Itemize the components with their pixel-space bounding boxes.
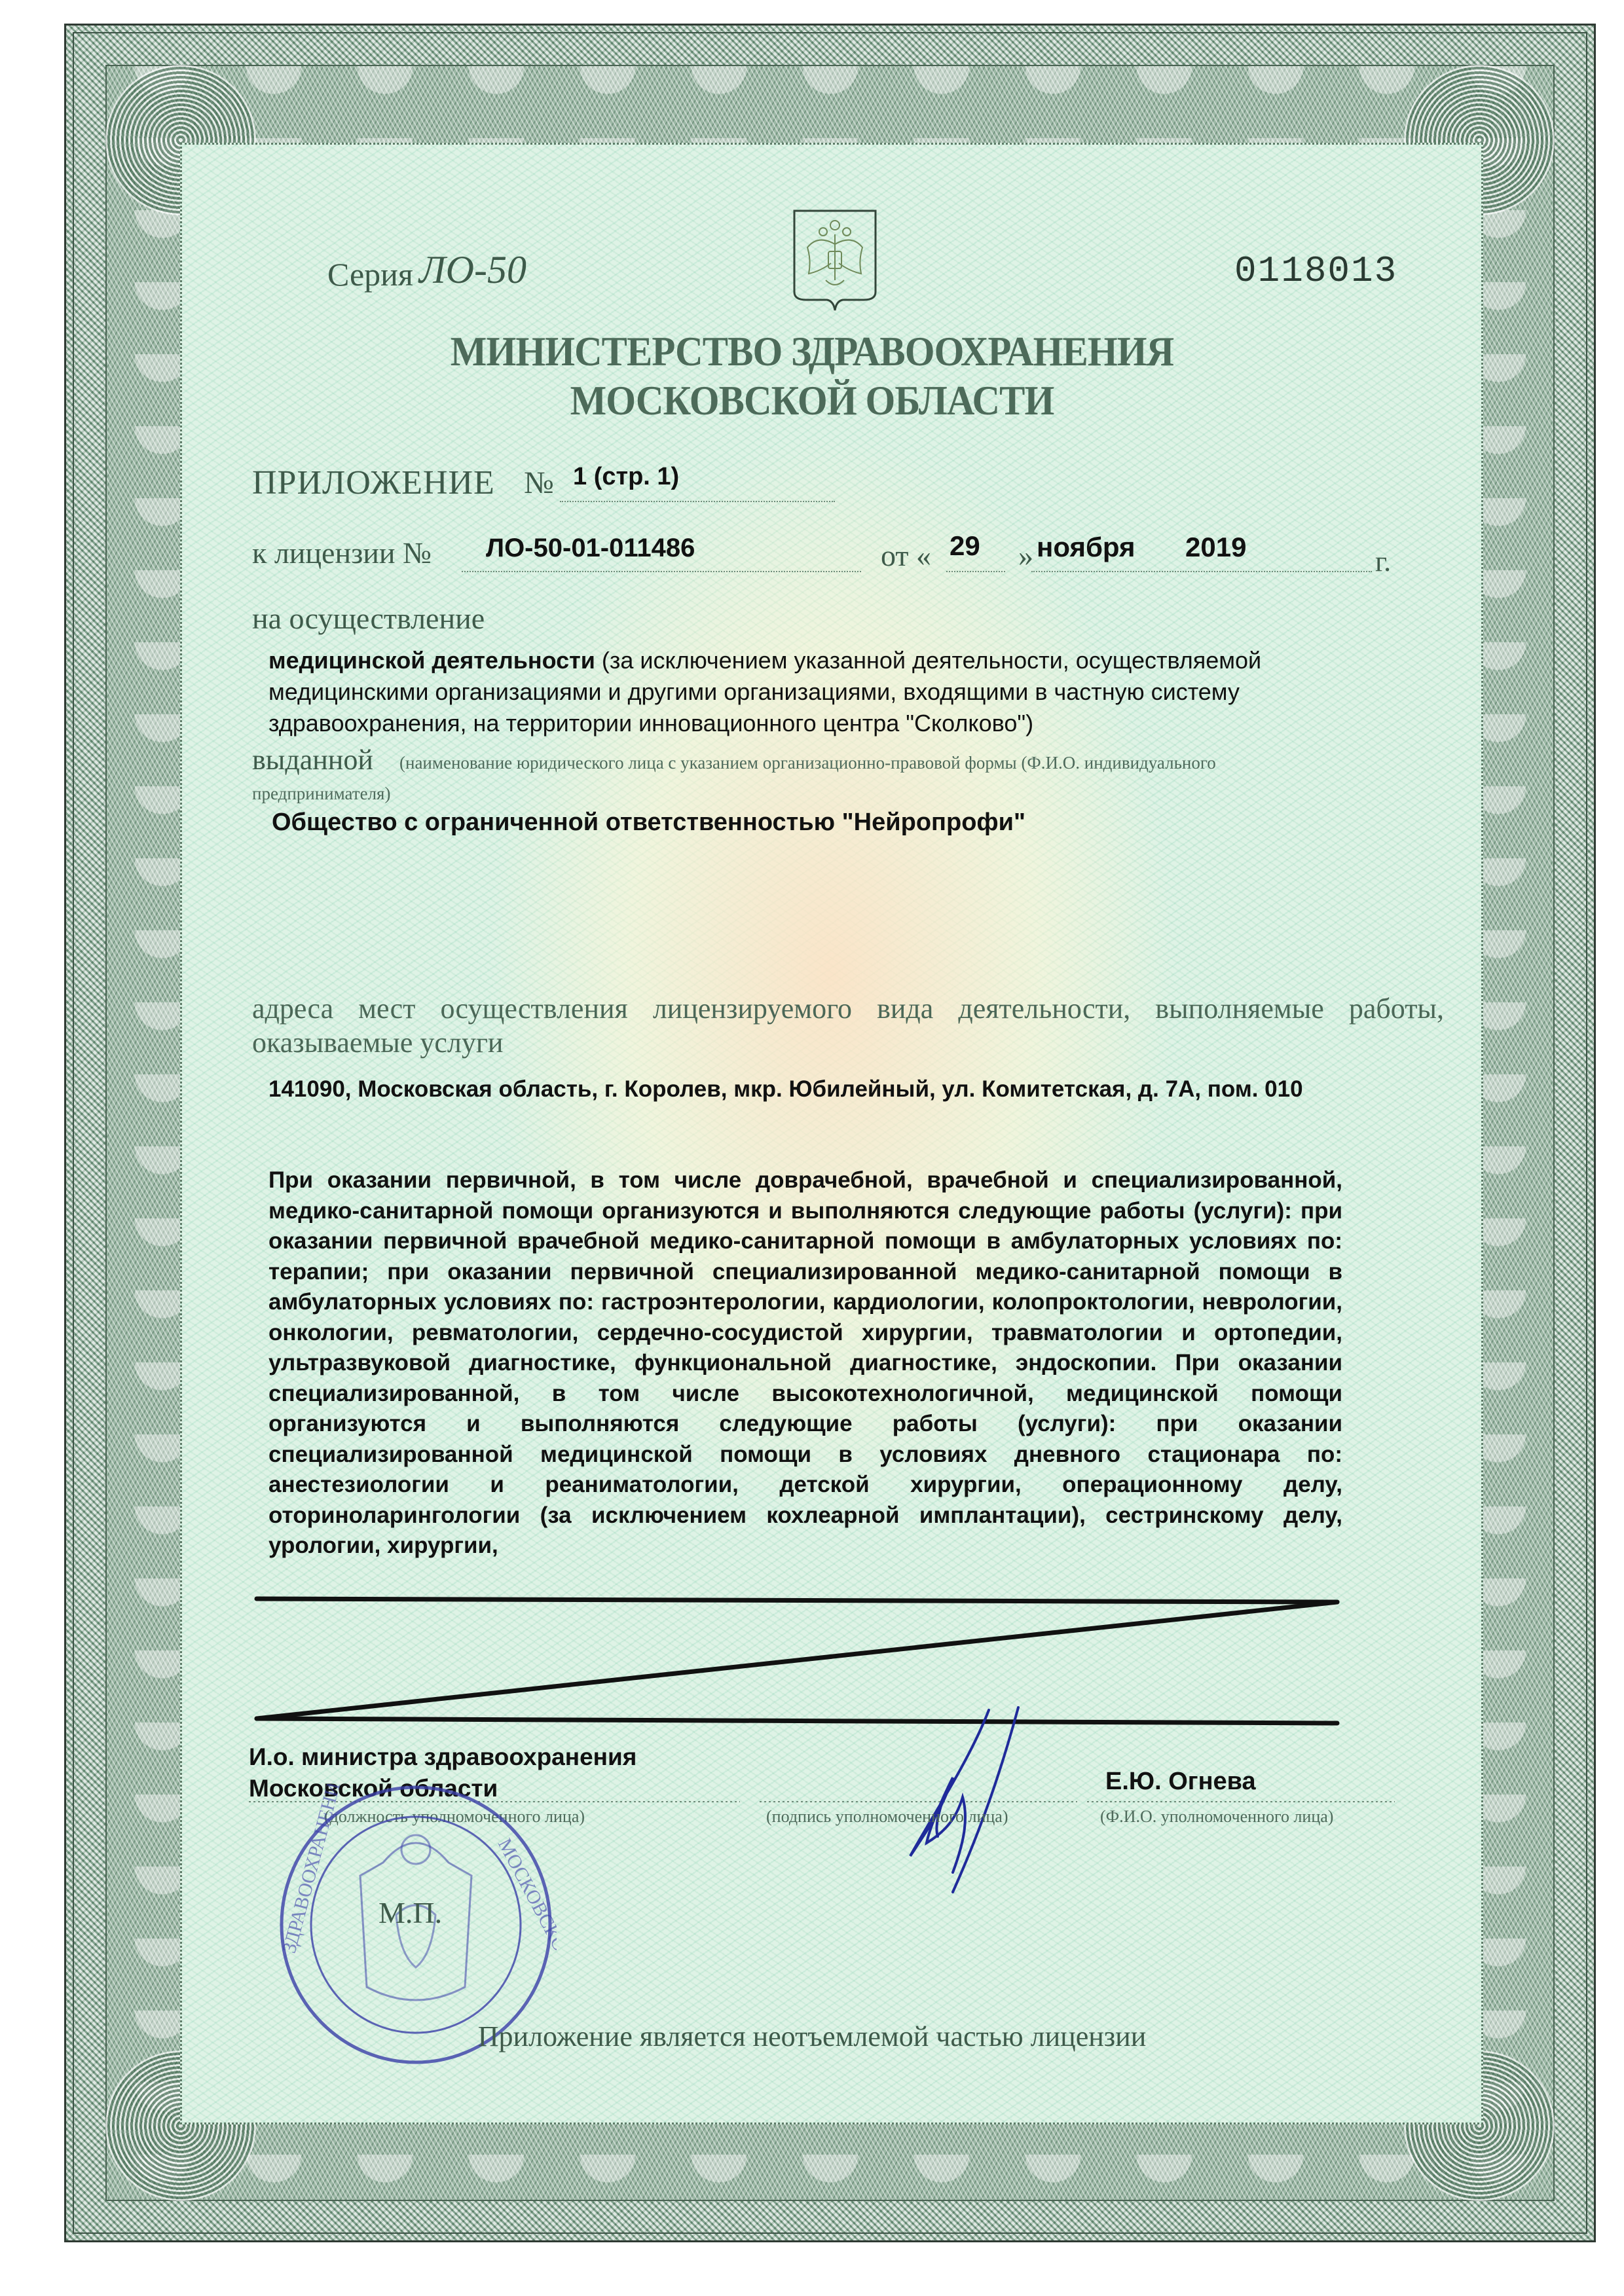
seal-placeholder-label: М.П.	[378, 1895, 442, 1930]
license-month: ноября	[1037, 532, 1135, 563]
appendix-number-sign: №	[524, 465, 554, 501]
issued-hint-line1: (наименование юридического лица с указан…	[399, 753, 1216, 773]
caption-name: (Ф.И.О. уполномоченного лица)	[1100, 1807, 1333, 1827]
organization-name: Общество с ограниченной ответственностью…	[272, 809, 1025, 837]
issued-hint-line2: предпринимателя)	[252, 784, 390, 804]
activity-address: 141090, Московская область, г. Королев, …	[268, 1074, 1342, 1105]
license-number-underline	[462, 571, 861, 572]
license-year: 2019	[1185, 532, 1246, 563]
month-year-underline	[1031, 571, 1372, 572]
blank-serial-number: 0118013	[1234, 250, 1397, 292]
license-day: 29	[950, 530, 980, 562]
appendix-footer-note: Приложение является неотъемлемой частью …	[0, 2020, 1624, 2053]
purpose-label: на осуществление	[252, 601, 485, 636]
appendix-number-underline	[560, 501, 835, 502]
signatory-name: Е.Ю. Огнева	[1105, 1768, 1256, 1796]
activity-description: медицинской деятельности (за исключением…	[268, 645, 1342, 739]
series-value: ЛО-50	[419, 247, 526, 293]
svg-text:ЗДРАВООХРАНЕНИЯ: ЗДРАВООХРАНЕНИЯ	[278, 1784, 348, 1956]
caption-signature: (подпись уполномоченного лица)	[766, 1807, 1008, 1827]
issued-label: выданной	[252, 743, 373, 776]
date-from-label: от «	[881, 538, 931, 573]
issuer-title-line1: МИНИСТЕРСТВО ЗДРАВООХРАНЕНИЯ	[65, 327, 1559, 376]
issuer-title-line2: МОСКОВСКОЙ ОБЛАСТИ	[65, 376, 1559, 425]
appendix-number-value: 1 (стр. 1)	[573, 463, 679, 491]
year-suffix: г.	[1375, 545, 1391, 578]
activity-type: медицинской деятельности	[268, 647, 595, 674]
appendix-label: ПРИЛОЖЕНИЕ	[252, 464, 495, 502]
russian-coat-of-arms-icon	[792, 208, 878, 313]
works-services-list: При оказании первичной, в том числе довр…	[268, 1165, 1342, 1561]
addresses-label: адреса мест осуществления лицензируемого…	[252, 992, 1444, 1060]
license-label: к лицензии №	[252, 536, 432, 570]
license-number: ЛО-50-01-011486	[486, 534, 695, 563]
day-underline	[946, 571, 1005, 572]
date-close-quote: »	[1018, 538, 1033, 573]
series-label: Серия	[327, 255, 413, 293]
